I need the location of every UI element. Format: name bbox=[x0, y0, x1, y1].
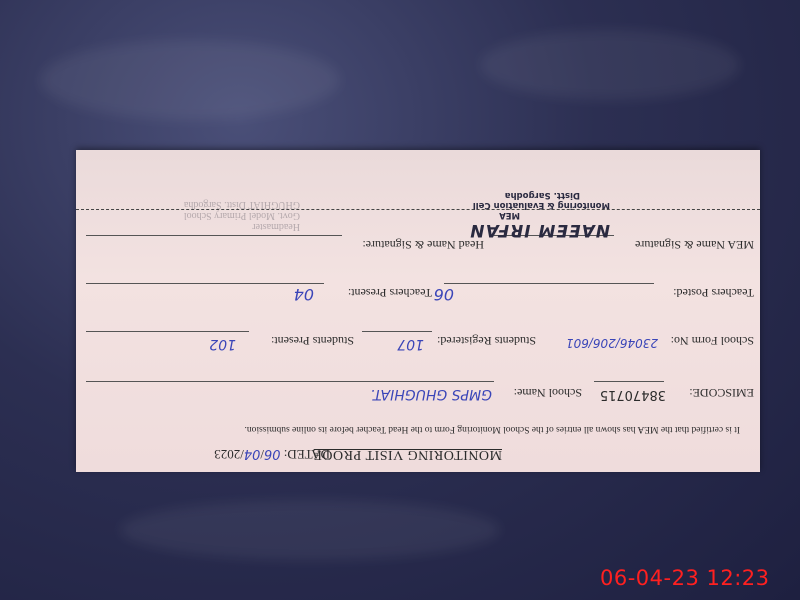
faded-stamp: Headmaster Govt. Model Primary School GH… bbox=[184, 199, 300, 232]
emiscode-value: 38470715 bbox=[600, 387, 666, 402]
teachers-row: Teachers Posted: 06 Teachers Present: 04 bbox=[86, 278, 754, 304]
emiscode-row: EMISCODE: 38470715 School Name: GMPS GHU… bbox=[86, 378, 754, 404]
plastic-wrinkle bbox=[40, 40, 340, 120]
plastic-wrinkle bbox=[120, 500, 500, 560]
signature-row: MEA Name & Signature Head Name & Signatu… bbox=[86, 230, 754, 256]
teachers-present-value: 04 bbox=[294, 285, 314, 304]
camera-timestamp: 06-04-23 12:23 bbox=[600, 566, 770, 590]
mea-stamp: NAEEM IRFAN MEA Monitoring & Evaluation … bbox=[469, 190, 610, 240]
certification-text: It is certified that the MEA has shown a… bbox=[245, 424, 740, 434]
school-form-row: School Form No: 23046/206/601 Students R… bbox=[86, 326, 754, 352]
teachers-posted-value: 06 bbox=[434, 285, 454, 304]
students-registered-value: 107 bbox=[397, 336, 424, 352]
dated-field: DATED: 06/04/2023 bbox=[214, 446, 330, 462]
school-form-value: 23046/206/601 bbox=[566, 336, 658, 350]
monitoring-visit-proof-slip: MONITORING VISIT PROOF DATED: 06/04/2023… bbox=[76, 150, 760, 472]
students-present-value: 102 bbox=[209, 336, 236, 352]
plastic-wrinkle bbox=[480, 30, 740, 100]
document-title: MONITORING VISIT PROOF bbox=[314, 446, 502, 462]
tear-line bbox=[76, 209, 760, 210]
title-row: MONITORING VISIT PROOF DATED: 06/04/2023 bbox=[76, 440, 760, 464]
school-name-value: GMPS GHUGHIAT. bbox=[370, 386, 492, 402]
